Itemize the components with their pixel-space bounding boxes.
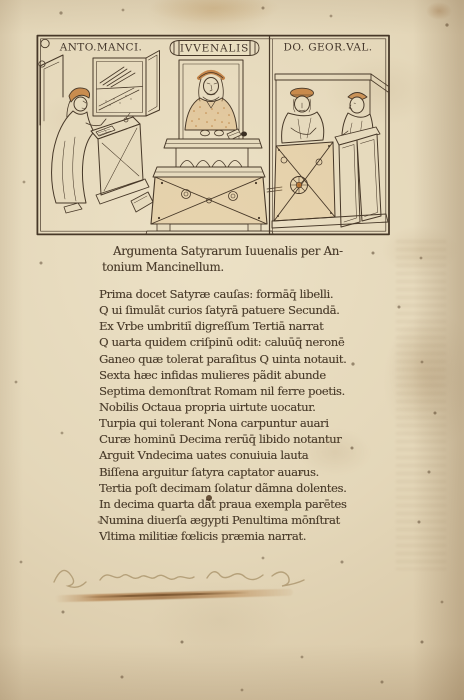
poem-line: Tertia poſt decimam ſolatur dãmna dolent… (99, 480, 347, 496)
poem-line: Ex Vrbe umbritiī digreſſum Tertiā narrat (99, 318, 347, 334)
poem-line: Q uarta quidem criſpinū odit: caluūq̄ ne… (99, 334, 347, 350)
woodcut-illustration: ANTO.MANCI. IVVENALIS DO. GEOR.VAL. (36, 33, 391, 237)
poem-line: Nobilis Octaua propria uirtute uocatur. (99, 399, 347, 415)
right-scholars-scene (272, 74, 388, 228)
stain-mid-right (392, 320, 450, 420)
stain-top (150, 0, 280, 24)
verso-showthrough (396, 240, 446, 570)
poem-line: Numina diuerſa ægypti Penultima mōnſtrat (99, 512, 347, 528)
poem-line: Curæ hominū Decima rerūq̄ libido notantu… (99, 431, 347, 447)
poem-line: Arguit Vndecima uates conuiuia lauta (99, 447, 347, 463)
poem-line: Sexta hæc infidas mulieres pãdit abunde (99, 367, 347, 383)
juvenal-scene (146, 60, 282, 234)
woodcut-label-left: ANTO.MANCI. (59, 42, 143, 54)
woodcut-label-center: IVVENALIS (180, 43, 249, 55)
incunable-page-scan: ANTO.MANCI. IVVENALIS DO. GEOR.VAL. Argu… (0, 0, 464, 700)
poem-line: Biſſena arguitur ſatyra captator auarus. (99, 464, 347, 480)
stain-top-right (426, 2, 452, 20)
poem-line: Septima demonſtrat Romam nil ferre poeti… (99, 383, 347, 399)
poem-line: Ganeo quæ tolerat paraſitus Q uinta nota… (99, 351, 347, 367)
argumenta-poem: Prima docet Satyræ cauſas: formāq̄ libel… (99, 286, 347, 544)
foxing-specks (0, 0, 2, 2)
crease-stain-core (80, 592, 250, 599)
poem-line: Q ui ſimulāt curios ſatyrā patuere Secun… (99, 302, 347, 318)
argumenta-heading: Argumenta Satyrarum Iuuenalis per An- to… (113, 243, 343, 276)
heading-line-2: tonium Mancinellum. (102, 259, 343, 275)
left-scholar-scene (40, 51, 160, 214)
poem-line: In decima quarta dãt praua exempla parēt… (99, 496, 347, 512)
heading-line-1: Argumenta Satyrarum Iuuenalis per An- (113, 243, 343, 259)
crease-stain-line (55, 589, 293, 603)
poem-line: Prima docet Satyræ cauſas: formāq̄ libel… (99, 286, 347, 302)
woodcut-label-right: DO. GEOR.VAL. (284, 42, 373, 54)
handwritten-inscription (42, 556, 342, 596)
poem-line: Vltima militiæ fœlicis præmia narrat. (99, 528, 347, 544)
poem-line: Turpia qui tolerant Nona carpuntur auari (99, 415, 347, 431)
